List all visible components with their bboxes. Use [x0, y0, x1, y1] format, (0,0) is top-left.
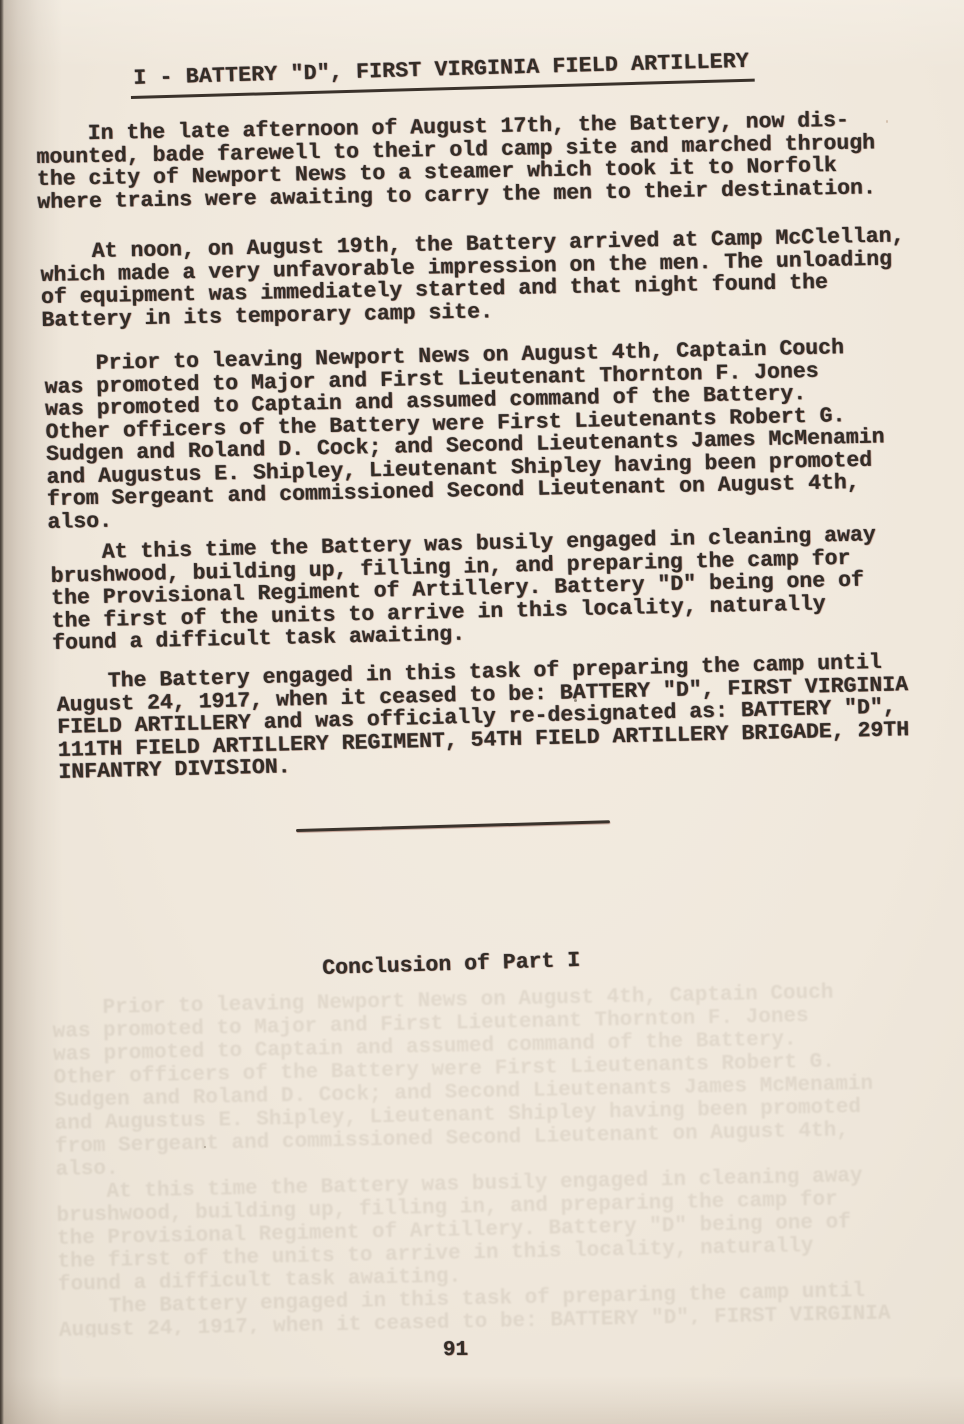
scan-speck: [574, 699, 577, 702]
paragraph-2: At noon, on August 19th, the Battery arr…: [40, 225, 906, 332]
scan-speck: [204, 1146, 206, 1148]
bleedthrough-text: Prior to leaving Newport News on August …: [52, 979, 944, 1337]
page-number: 91: [443, 1340, 469, 1362]
paragraph-5: The Battery engaged in this task of prep…: [56, 651, 910, 784]
scanned-document-page: I - BATTERY "D", FIRST VIRGINIA FIELD AR…: [0, 0, 964, 1424]
scan-speck: [886, 120, 888, 123]
paragraph-3: Prior to leaving Newport News on August …: [44, 336, 886, 534]
page-title: I - BATTERY "D", FIRST VIRGINIA FIELD AR…: [130, 49, 754, 99]
paragraph-1: In the late afternoon of August 17th, th…: [36, 109, 876, 214]
paragraph-4: At this time the Battery was busily enga…: [50, 524, 878, 655]
section-divider-rule: [296, 820, 610, 832]
conclusion-label: Conclusion of Part I: [322, 950, 581, 981]
